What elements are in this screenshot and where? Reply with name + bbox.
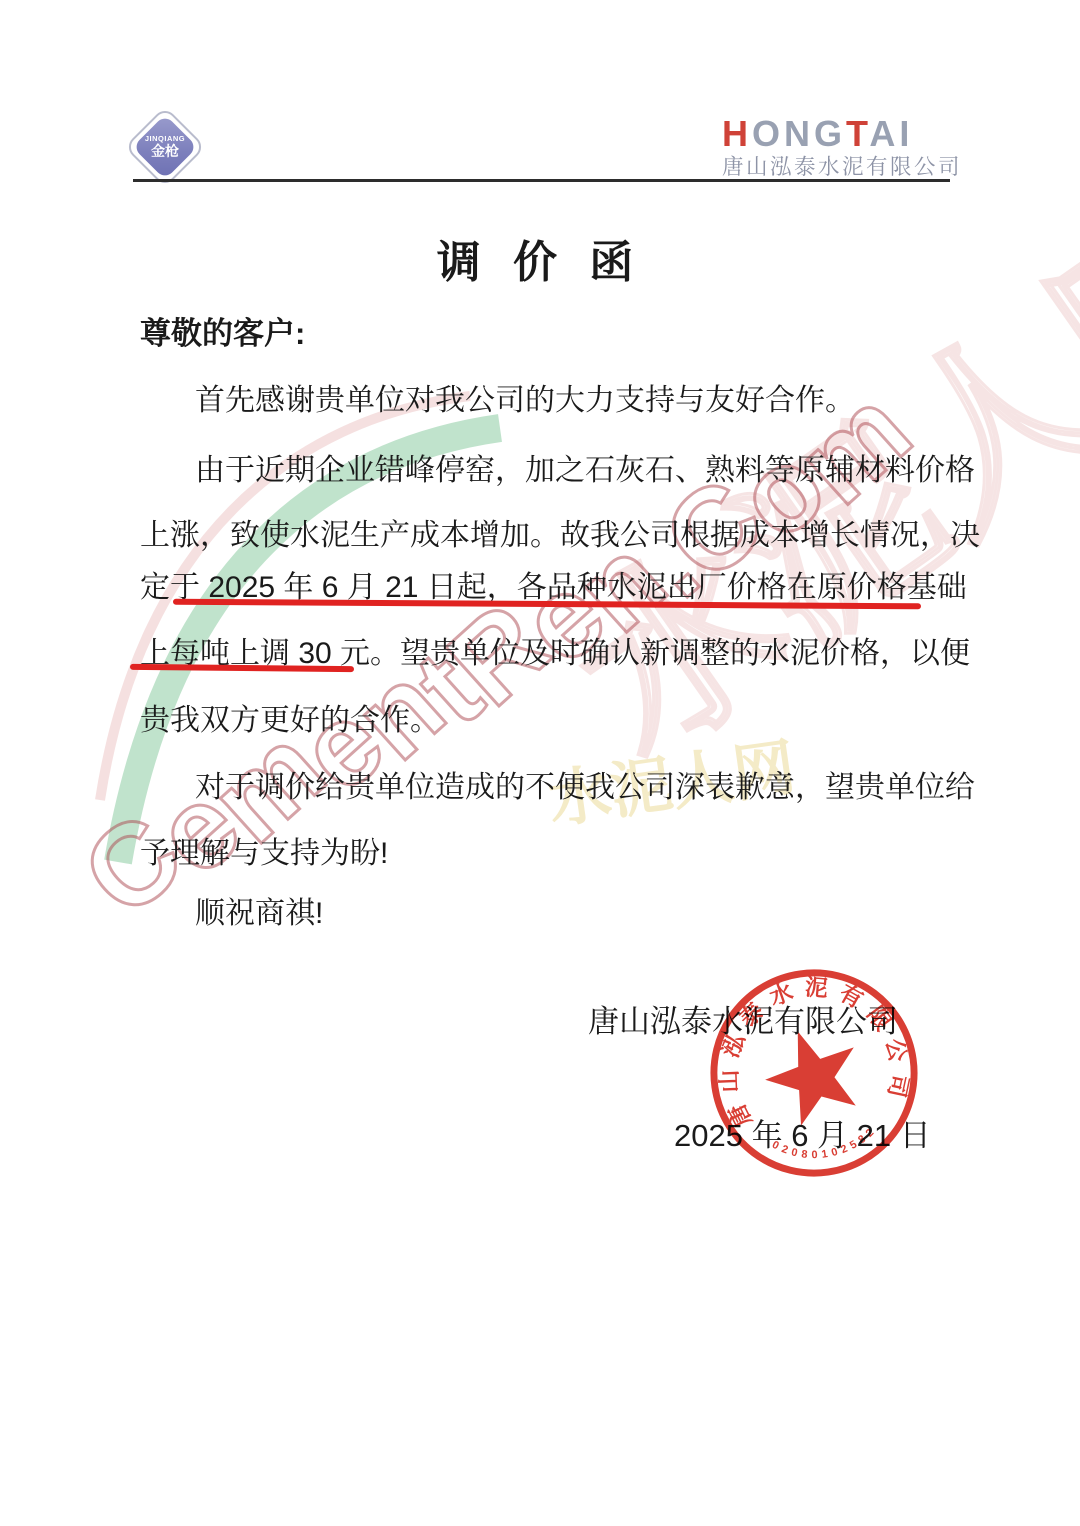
body-line-6: 贵我双方更好的合作。 bbox=[140, 703, 440, 739]
jinqiang-logo-cn-label: 金枪 bbox=[151, 143, 179, 159]
hongtai-letters-ai: AI bbox=[869, 113, 913, 154]
body-line-3: 上涨，致使水泥生产成本增加。故我公司根据成本增长情况，决 bbox=[140, 518, 980, 554]
body-line-7: 对于调价给贵单位造成的不便我公司深表歉意，望贵单位给 bbox=[195, 770, 975, 806]
letter-title: 调 价 函 bbox=[437, 241, 643, 285]
hongtai-letters-ong: ONG bbox=[752, 113, 846, 154]
salutation: 尊敬的客户: bbox=[140, 316, 305, 352]
header-divider-line bbox=[133, 179, 950, 182]
body-line-2: 由于近期企业错峰停窑，加之石灰石、熟料等原辅材料价格 bbox=[195, 453, 975, 489]
hongtai-brand-wordmark: HONGTAI bbox=[722, 116, 962, 152]
hongtai-letter-h: H bbox=[722, 113, 752, 154]
jinqiang-logo: JINQIANG 金枪 bbox=[136, 118, 194, 176]
cementren-watermark: 水泥人网 水泥人网 CementRen.Com bbox=[0, 0, 1080, 1526]
hongtai-logo: HONGTAI 唐山泓泰水泥有限公司 bbox=[722, 116, 962, 179]
hongtai-letter-t: T bbox=[846, 113, 869, 154]
jinqiang-logo-latin-label: JINQIANG bbox=[145, 135, 185, 143]
jinqiang-logo-text: JINQIANG 金枪 bbox=[136, 118, 194, 176]
body-line-1: 首先感谢贵单位对我公司的大力支持与友好合作。 bbox=[195, 383, 855, 419]
price-adjustment-letter-page: 水泥人网 水泥人网 CementRen.Com JINQIANG 金枪 HONG… bbox=[0, 0, 1080, 1526]
hongtai-company-name: 唐山泓泰水泥有限公司 bbox=[722, 157, 962, 179]
body-line-8: 予理解与支持为盼! bbox=[140, 836, 388, 872]
company-seal-stamp: 唐山泓泰水泥有限公司 02080102582 bbox=[691, 950, 937, 1196]
seal-star-icon bbox=[753, 1015, 872, 1132]
body-line-9: 顺祝商祺! bbox=[195, 896, 323, 932]
